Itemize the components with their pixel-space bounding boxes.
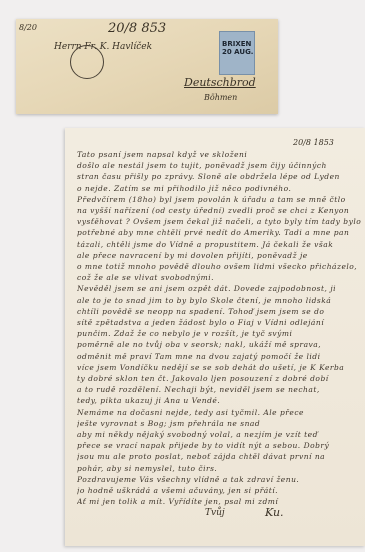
handwritten-line: Předvčírem (18ho) byl jsem povolán k úřa… bbox=[77, 195, 362, 204]
closing: Tvůj bbox=[205, 508, 225, 518]
handwritten-line: ale přece navracení by mi dovolen přijít… bbox=[77, 251, 362, 260]
handwritten-line: došlo ale nestál jsem to tujit, poněvadž… bbox=[77, 161, 362, 170]
handwritten-line: aby mi někdy nějaký svobodný volal, a ne… bbox=[77, 430, 362, 439]
handwritten-line: ješte vyrovnat s Bog; jsm přehrála ne sn… bbox=[77, 419, 362, 428]
handwritten-line: punčim. Zdaž že co nebylo je v rozšít, j… bbox=[77, 329, 362, 338]
handwritten-line: stran času přišly po zprávy. Sloně ale o… bbox=[77, 172, 362, 181]
docket-number: 8/20 bbox=[19, 23, 37, 32]
city: Deutschbrod bbox=[184, 76, 256, 89]
handwritten-line: což že ale se vlivat svobodnými. bbox=[77, 273, 362, 282]
handwritten-line: Nevěděl jsem se ani jsem ozpět dát. Dove… bbox=[77, 284, 362, 293]
letter-page: 20/8 1853 Tato psaní jsem napsal když ve… bbox=[65, 128, 365, 546]
handwritten-line: jsou mu ale proto poslat, neboť zájda ch… bbox=[77, 452, 362, 461]
handwritten-line: potřebné aby mne chtěli prvé nedít do Am… bbox=[77, 228, 362, 237]
addressee: Herrn Fr. K. Havlíček bbox=[54, 42, 152, 52]
handwritten-line: více jsem Vondíčku nedějí se se sob dehá… bbox=[77, 363, 362, 372]
handwritten-line: Pozdravujeme Vás všechny vlídně a tak zd… bbox=[77, 475, 362, 484]
handwritten-line: Nemáme na dočasni nejde, tedy asi tyčmil… bbox=[77, 408, 362, 417]
handwritten-line: přece se vrací napak přijede by to vidít… bbox=[77, 441, 362, 450]
handwritten-line: sítě zpětadstva a jeden žádost bylo o Fi… bbox=[77, 318, 362, 327]
handwritten-line: tázali, chtěli jsme do Vídně a propustit… bbox=[77, 240, 362, 249]
postage-stamp: BRIXEN20 AUG. bbox=[219, 31, 255, 75]
region: Böhmen bbox=[204, 93, 237, 102]
stamp-line2: 20 AUG. bbox=[222, 48, 253, 56]
envelope: 8/20 20/8 853 Herrn Fr. K. Havlíček BRIX… bbox=[16, 19, 278, 114]
stamp-line1: BRIXEN bbox=[222, 40, 253, 48]
handwritten-line: na vyšší nařízení (od cesty úřední) zved… bbox=[77, 206, 362, 215]
handwritten-line: tedy, pikta ukazuj ji Ana u Vendé. bbox=[77, 396, 362, 405]
handwritten-line: jo hodně uškrádá a všemi ačuvány, jen si… bbox=[77, 486, 362, 495]
handwritten-line: chtíli povědě se neopp na spadení. Tohoď… bbox=[77, 307, 362, 316]
handwritten-line: odměnit mě praví Tam mne na dvou zajatý … bbox=[77, 352, 362, 361]
handwritten-line: pohár, aby si nemyslel, tuto čirs. bbox=[77, 464, 362, 473]
handwritten-line: o mne totiž mnoho povědě dlouho ovšem li… bbox=[77, 262, 362, 271]
handwritten-line: poměrně ale no tvůj oba v seorsk; nakl, … bbox=[77, 340, 362, 349]
handwritten-line: ty dobré sklon ten čt. Jakovalo ljen pos… bbox=[77, 374, 362, 383]
handwritten-line: Ať mi jen tolik a mít. Vyřídíte jen, psa… bbox=[77, 497, 362, 506]
signature: Ku. bbox=[265, 506, 284, 519]
postmark bbox=[70, 45, 104, 79]
letter-date: 20/8 1853 bbox=[293, 138, 334, 147]
handwritten-line: vysťěhovat ? Ovšem jsem čekal již načeli… bbox=[77, 217, 362, 226]
handwritten-line: ale to je to snad jim to by bylo Skole č… bbox=[77, 296, 362, 305]
handwritten-line: Tato psaní jsem napsal když ve skloženi bbox=[77, 150, 362, 159]
handwritten-line: o nejde. Zatím se mi přihodilo již něco … bbox=[77, 184, 362, 193]
handwritten-line: a to rudě rozdělení. Nechaji být, nevidě… bbox=[77, 385, 362, 394]
date-note: 20/8 853 bbox=[108, 21, 166, 36]
